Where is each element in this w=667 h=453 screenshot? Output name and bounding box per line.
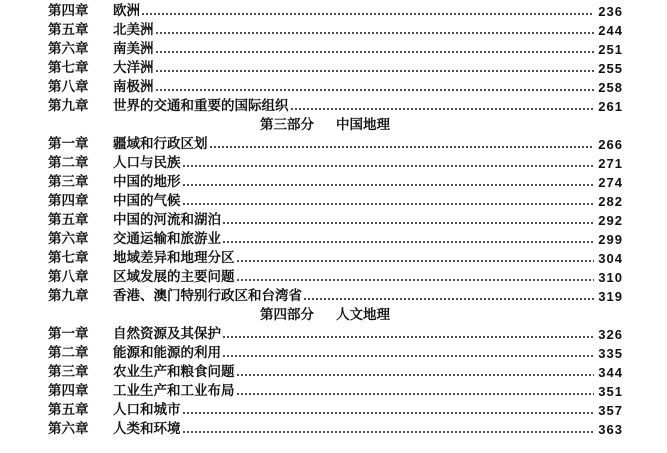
part-heading: 第四部分 人文地理 <box>48 306 623 325</box>
toc-entry[interactable]: 第二章 人口与民族 271 <box>48 154 623 173</box>
chapter-label: 第三章 <box>48 173 113 192</box>
toc-entry[interactable]: 第九章 世界的交通和重要的国际组织 261 <box>48 97 623 116</box>
chapter-label: 第六章 <box>48 230 113 249</box>
dot-leader <box>303 287 594 306</box>
chapter-title: 疆域和行政区划 <box>113 135 208 154</box>
toc-entry[interactable]: 第五章 中国的河流和湖泊 292 <box>48 211 623 230</box>
chapter-title: 自然资源及其保护 <box>113 325 221 344</box>
toc-entry[interactable]: 第五章 北美洲 244 <box>48 21 623 40</box>
toc-entry[interactable]: 第六章 交通运输和旅游业 299 <box>48 230 623 249</box>
chapter-label: 第二章 <box>48 154 113 173</box>
chapter-label: 第六章 <box>48 420 113 439</box>
toc-entry[interactable]: 第一章 疆域和行政区划 266 <box>48 135 623 154</box>
page-number: 251 <box>595 40 623 59</box>
dot-leader <box>290 97 595 116</box>
chapter-label: 第五章 <box>48 401 113 420</box>
chapter-label: 第七章 <box>48 249 113 268</box>
toc-entry[interactable]: 第三章 农业生产和粮食问题 344 <box>48 363 623 382</box>
chapter-title: 世界的交通和重要的国际组织 <box>113 97 289 116</box>
chapter-label: 第六章 <box>48 40 113 59</box>
chapter-title: 人口与民族 <box>113 154 181 173</box>
chapter-label: 第一章 <box>48 325 113 344</box>
toc-entry[interactable]: 第五章 人口和城市 357 <box>48 401 623 420</box>
chapter-label: 第九章 <box>48 97 113 116</box>
page-number: 266 <box>595 135 623 154</box>
chapter-label: 第二章 <box>48 344 113 363</box>
page-number: 304 <box>595 249 623 268</box>
chapter-title: 地域差异和地理分区 <box>113 249 235 268</box>
section-part-4: 第四部分 人文地理 第一章 自然资源及其保护 326 第二章 能源和能源的利用 … <box>48 306 623 439</box>
chapter-title: 区域发展的主要问题 <box>113 268 235 287</box>
page-number: 255 <box>595 59 623 78</box>
dot-leader <box>141 2 594 21</box>
toc-entry[interactable]: 第七章 大洋洲 255 <box>48 59 623 78</box>
part-label: 第四部分 <box>260 306 314 325</box>
dot-leader <box>155 21 595 40</box>
page-number: 274 <box>595 173 623 192</box>
part-heading: 第三部分 中国地理 <box>48 116 623 135</box>
chapter-title: 能源和能源的利用 <box>113 344 221 363</box>
page-number: 326 <box>595 325 623 344</box>
part-label: 第三部分 <box>260 116 314 135</box>
page-number: 319 <box>595 287 623 306</box>
chapter-label: 第四章 <box>48 192 113 211</box>
dot-leader <box>236 363 595 382</box>
chapter-title: 工业生产和工业布局 <box>113 382 235 401</box>
dot-leader <box>236 268 595 287</box>
chapter-label: 第五章 <box>48 21 113 40</box>
chapter-title: 香港、澳门特别行政区和台湾省 <box>113 287 302 306</box>
chapter-title: 人口和城市 <box>113 401 181 420</box>
toc-entry[interactable]: 第一章 自然资源及其保护 326 <box>48 325 623 344</box>
chapter-title: 欧洲 <box>113 2 140 21</box>
toc-entry[interactable]: 第九章 香港、澳门特别行政区和台湾省 319 <box>48 287 623 306</box>
toc-entry[interactable]: 第六章 南美洲 251 <box>48 40 623 59</box>
page-number: 236 <box>595 2 623 21</box>
page-number: 244 <box>595 21 623 40</box>
page-number: 351 <box>595 382 623 401</box>
section-world-geography-continued: 第四章 欧洲 236 第五章 北美洲 244 第六章 南美洲 251 第七章 大… <box>48 2 623 116</box>
dot-leader <box>155 78 595 97</box>
chapter-title: 大洋洲 <box>113 59 154 78</box>
toc-entry[interactable]: 第三章 中国的地形 274 <box>48 173 623 192</box>
toc-entry[interactable]: 第四章 欧洲 236 <box>48 2 623 21</box>
page-number: 258 <box>595 78 623 97</box>
dot-leader <box>182 420 595 439</box>
chapter-title: 交通运输和旅游业 <box>113 230 221 249</box>
toc-entry[interactable]: 第八章 南极洲 258 <box>48 78 623 97</box>
chapter-label: 第四章 <box>48 2 113 21</box>
toc-entry[interactable]: 第六章 人类和环境 363 <box>48 420 623 439</box>
chapter-label: 第三章 <box>48 363 113 382</box>
chapter-label: 第八章 <box>48 78 113 97</box>
chapter-label: 第九章 <box>48 287 113 306</box>
toc-entry[interactable]: 第七章 地域差异和地理分区 304 <box>48 249 623 268</box>
page-number: 344 <box>595 363 623 382</box>
chapter-label: 第一章 <box>48 135 113 154</box>
page-number: 292 <box>595 211 623 230</box>
toc-entry[interactable]: 第四章 中国的气候 282 <box>48 192 623 211</box>
dot-leader <box>222 344 594 363</box>
chapter-label: 第八章 <box>48 268 113 287</box>
chapter-title: 南美洲 <box>113 40 154 59</box>
dot-leader <box>182 401 595 420</box>
dot-leader <box>222 211 594 230</box>
toc-entry[interactable]: 第八章 区域发展的主要问题 310 <box>48 268 623 287</box>
section-part-3: 第三部分 中国地理 第一章 疆域和行政区划 266 第二章 人口与民族 271 … <box>48 116 623 306</box>
chapter-title: 南极洲 <box>113 78 154 97</box>
page-number: 363 <box>595 420 623 439</box>
part-title: 人文地理 <box>336 306 390 325</box>
dot-leader <box>155 40 595 59</box>
page-number: 271 <box>595 154 623 173</box>
page-number: 310 <box>595 268 623 287</box>
chapter-title: 中国的气候 <box>113 192 181 211</box>
page-number: 261 <box>595 97 623 116</box>
page-number: 299 <box>595 230 623 249</box>
chapter-label: 第七章 <box>48 59 113 78</box>
dot-leader <box>209 135 595 154</box>
dot-leader <box>182 192 595 211</box>
dot-leader <box>222 325 594 344</box>
chapter-title: 中国的河流和湖泊 <box>113 211 221 230</box>
page-number: 357 <box>595 401 623 420</box>
dot-leader <box>236 249 595 268</box>
page-number: 282 <box>595 192 623 211</box>
chapter-label: 第四章 <box>48 382 113 401</box>
table-of-contents: 第四章 欧洲 236 第五章 北美洲 244 第六章 南美洲 251 第七章 大… <box>48 2 623 439</box>
chapter-label: 第五章 <box>48 211 113 230</box>
chapter-title: 北美洲 <box>113 21 154 40</box>
chapter-title: 人类和环境 <box>113 420 181 439</box>
dot-leader <box>182 154 595 173</box>
toc-entry[interactable]: 第四章 工业生产和工业布局 351 <box>48 382 623 401</box>
toc-entry[interactable]: 第二章 能源和能源的利用 335 <box>48 344 623 363</box>
chapter-title: 农业生产和粮食问题 <box>113 363 235 382</box>
page-number: 335 <box>595 344 623 363</box>
dot-leader <box>236 382 595 401</box>
dot-leader <box>155 59 595 78</box>
dot-leader <box>182 173 595 192</box>
part-title: 中国地理 <box>336 116 390 135</box>
chapter-title: 中国的地形 <box>113 173 181 192</box>
dot-leader <box>222 230 594 249</box>
